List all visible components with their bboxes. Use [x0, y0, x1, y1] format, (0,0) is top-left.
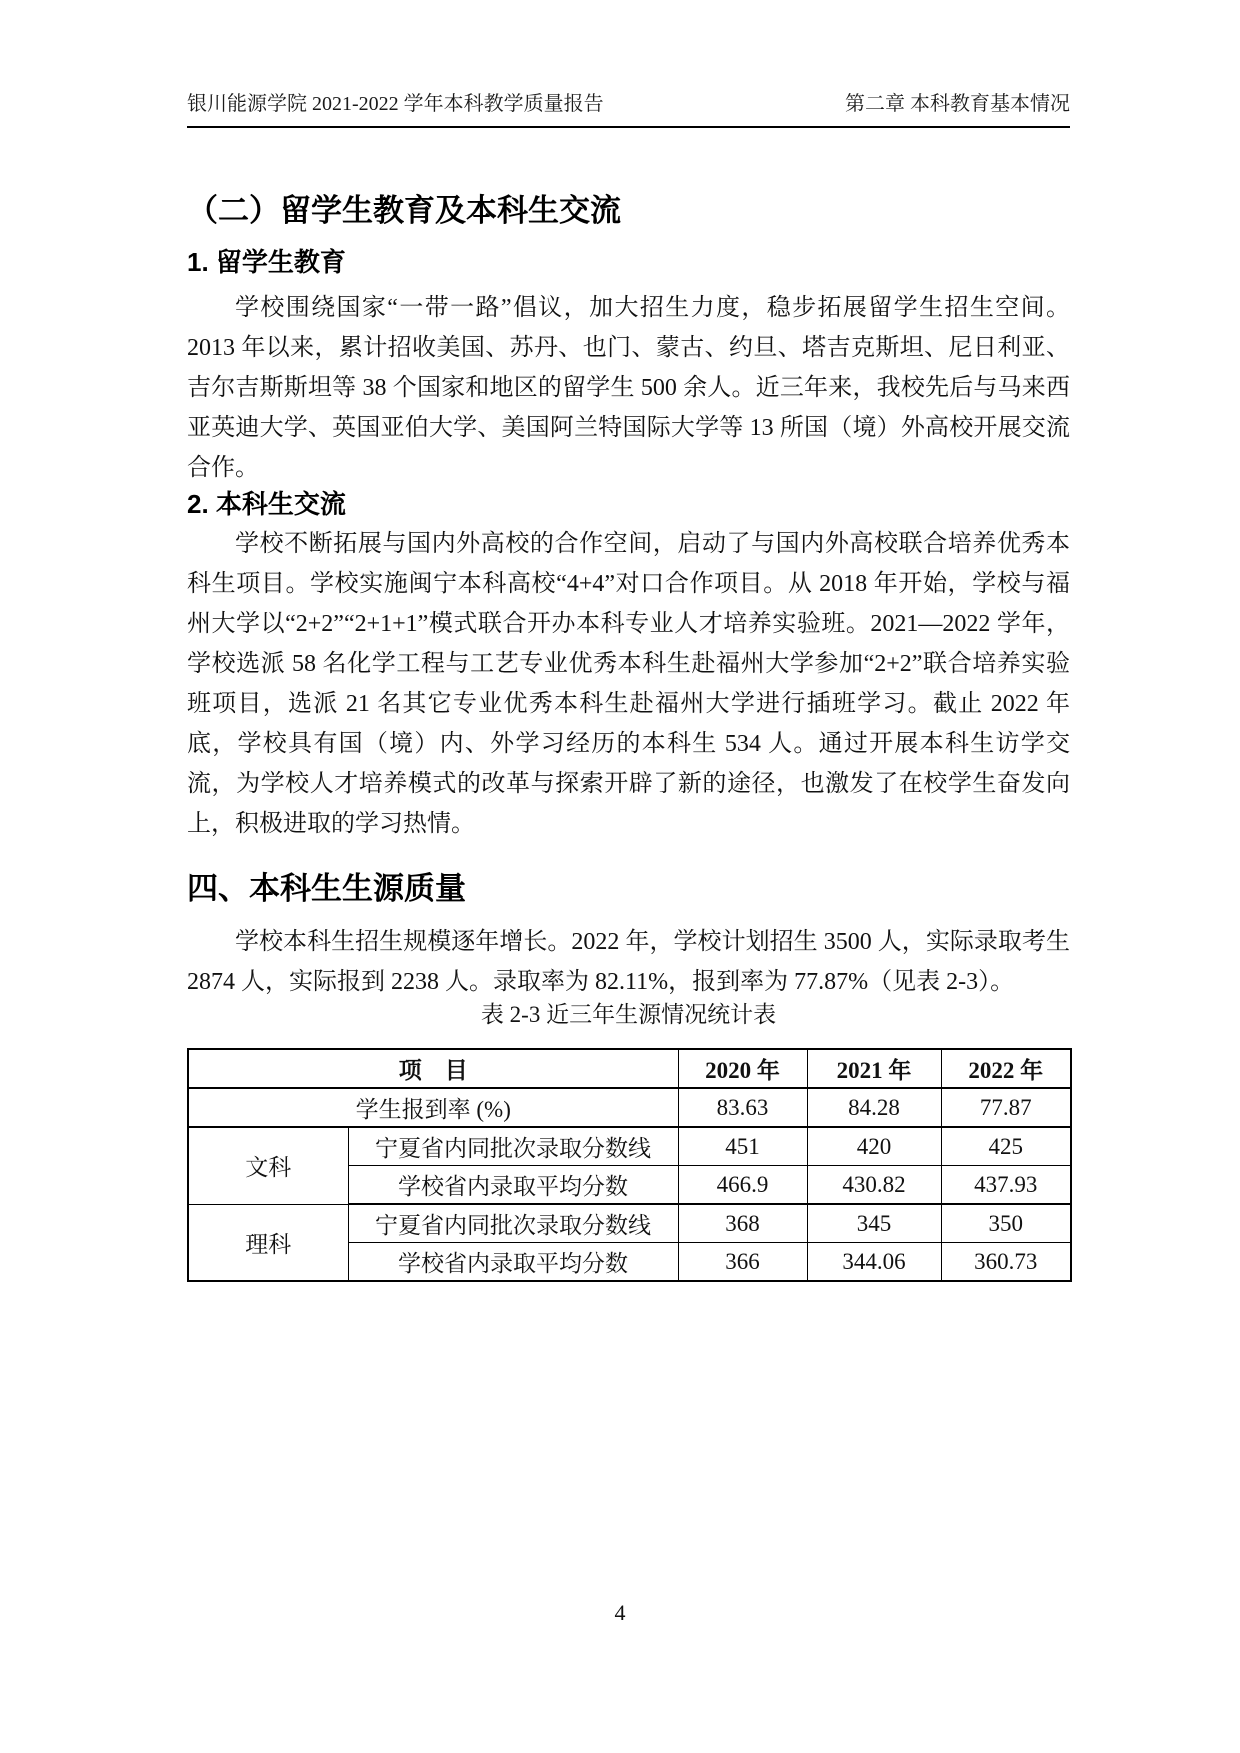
subheading-study-abroad-education: 1. 留学生教育 — [187, 246, 1070, 278]
col-header-2022: 2022 年 — [941, 1049, 1071, 1088]
page-footer: 4 — [0, 1600, 1240, 1626]
paragraph-undergraduate-exchange: 学校不断拓展与国内外高校的合作空间，启动了与国内外高校联合培养优秀本科生项目。学… — [187, 524, 1070, 844]
row-label: 学校省内录取平均分数 — [348, 1243, 678, 1282]
col-header-2020: 2020 年 — [678, 1049, 807, 1088]
cell-value: 466.9 — [678, 1166, 807, 1205]
table-header-row: 项 目 2020 年 2021 年 2022 年 — [188, 1049, 1071, 1088]
subject-liberal-arts: 文科 — [188, 1127, 348, 1204]
cell-value: 430.82 — [807, 1166, 941, 1205]
page-header-left-title: 银川能源学院 2021-2022 学年本科教学质量报告 — [187, 92, 604, 116]
report-rate-label: 学生报到率 (%) — [188, 1088, 678, 1127]
page-content: 银川能源学院 2021-2022 学年本科教学质量报告 第二章 本科教育基本情况… — [187, 0, 1070, 1282]
report-rate-2022: 77.87 — [941, 1088, 1071, 1127]
cell-value: 425 — [941, 1127, 1071, 1166]
cell-value: 350 — [941, 1204, 1071, 1243]
cell-value: 344.06 — [807, 1243, 941, 1282]
col-header-item: 项 目 — [188, 1049, 678, 1088]
page-number: 4 — [615, 1600, 626, 1625]
source-quality-table: 项 目 2020 年 2021 年 2022 年 学生报到率 (%) 83.63… — [187, 1048, 1072, 1282]
table-caption: 表 2-3 近三年生源情况统计表 — [187, 1002, 1070, 1028]
table-row-liberal-arts-cutoff: 文科 宁夏省内同批次录取分数线 451 420 425 — [188, 1127, 1071, 1166]
section-heading-study-abroad-exchange: （二）留学生教育及本科生交流 — [187, 192, 1070, 230]
cell-value: 360.73 — [941, 1243, 1071, 1282]
cell-value: 420 — [807, 1127, 941, 1166]
cell-value: 451 — [678, 1127, 807, 1166]
cell-value: 345 — [807, 1204, 941, 1243]
table-row-science-cutoff: 理科 宁夏省内同批次录取分数线 368 345 350 — [188, 1204, 1071, 1243]
row-label: 宁夏省内同批次录取分数线 — [348, 1204, 678, 1243]
page-header-right-title: 第二章 本科教育基本情况 — [845, 92, 1070, 116]
row-label: 学校省内录取平均分数 — [348, 1166, 678, 1205]
cell-value: 366 — [678, 1243, 807, 1282]
report-rate-2021: 84.28 — [807, 1088, 941, 1127]
col-header-2021: 2021 年 — [807, 1049, 941, 1088]
cell-value: 368 — [678, 1204, 807, 1243]
section-heading-source-quality: 四、本科生生源质量 — [187, 870, 1070, 908]
paragraph-enrollment-stats: 学校本科生招生规模逐年增长。2022 年，学校计划招生 3500 人，实际录取考… — [187, 922, 1070, 1002]
subject-science: 理科 — [188, 1204, 348, 1281]
row-label: 宁夏省内同批次录取分数线 — [348, 1127, 678, 1166]
page-header: 银川能源学院 2021-2022 学年本科教学质量报告 第二章 本科教育基本情况 — [187, 0, 1070, 128]
table-row-report-rate: 学生报到率 (%) 83.63 84.28 77.87 — [188, 1088, 1071, 1127]
subheading-undergraduate-exchange: 2. 本科生交流 — [187, 488, 1070, 520]
paragraph-study-abroad: 学校围绕国家“一带一路”倡议，加大招生力度，稳步拓展留学生招生空间。2013 年… — [187, 288, 1070, 488]
document-page: { "page_header": { "left": "银川能源学院 2021-… — [0, 0, 1240, 1753]
cell-value: 437.93 — [941, 1166, 1071, 1205]
report-rate-2020: 83.63 — [678, 1088, 807, 1127]
